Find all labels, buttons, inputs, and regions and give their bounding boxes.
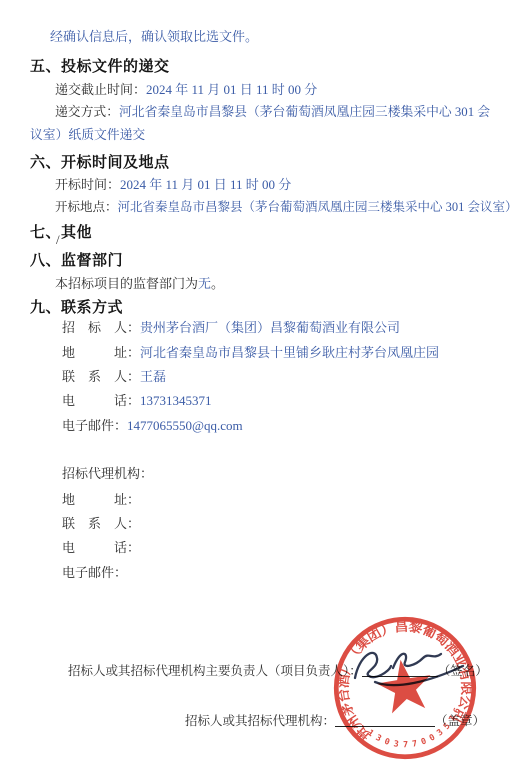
method-line: 递交方式：河北省秦皇岛市昌黎县（茅台葡萄酒凤凰庄园三楼集采中心 301 会议室）… <box>30 101 502 147</box>
open-place-line: 开标地点：河北省秦皇岛市昌黎县（茅台葡萄酒凤凰庄园三楼集采中心 301 会议室） <box>55 199 518 215</box>
agency-row: 招标代理机构： <box>62 466 153 482</box>
phone-label: 电 话： <box>62 393 140 408</box>
agency-row: 电 话： <box>62 540 140 556</box>
tenderer-row: 电 话：13731345371 <box>62 393 212 409</box>
handwritten-signature <box>345 638 475 700</box>
agency-row: 电子邮件： <box>62 565 127 581</box>
tenderer-label: 招 标 人： <box>62 320 140 335</box>
tenderer-row: 招 标 人：贵州茅台酒厂（集团）昌黎葡萄酒业有限公司 <box>62 320 400 336</box>
method-label: 递交方式： <box>55 105 119 119</box>
section5-heading: 五、投标文件的递交 <box>30 55 170 76</box>
tender-document-page: 经确认信息后，确认领取比选文件。 五、投标文件的递交 递交截止时间：2024 年… <box>0 0 523 782</box>
deadline-label: 递交截止时间： <box>55 82 146 97</box>
agency-row: 地 址： <box>62 492 140 508</box>
tenderer-row: 联 系 人：王磊 <box>62 369 166 385</box>
open-place-label: 开标地点： <box>55 200 118 214</box>
open-time-line: 开标时间：2024 年 11 月 01 日 11 时 00 分 <box>55 177 291 193</box>
contact-person-value: 王磊 <box>140 369 166 384</box>
supervision-suffix: 。 <box>211 276 224 291</box>
supervision-value: 无 <box>198 276 211 291</box>
confirm-note: 经确认信息后，确认领取比选文件。 <box>50 29 258 45</box>
address-label: 地 址： <box>62 345 140 360</box>
section7-heading: 七、其他 <box>30 221 92 242</box>
agency-person-label: 联 系 人： <box>62 516 140 531</box>
deadline-line: 递交截止时间：2024 年 11 月 01 日 11 时 00 分 <box>55 82 317 98</box>
supervision-line: 本招标项目的监督部门为无。 <box>55 276 224 292</box>
phone-value: 13731345371 <box>140 393 212 408</box>
address-value: 河北省秦皇岛市昌黎县十里铺乡耿庄村茅台凤凰庄园 <box>140 345 439 360</box>
email-label: 电子邮件： <box>62 418 127 433</box>
agency-row: 联 系 人： <box>62 516 140 532</box>
signature-line2-label: 招标人或其招标代理机构： <box>185 714 335 728</box>
agency-label: 招标代理机构： <box>62 466 153 481</box>
tenderer-row: 电子邮件：1477065550@qq.com <box>62 418 243 434</box>
tenderer-row: 地 址：河北省秦皇岛市昌黎县十里铺乡耿庄村茅台凤凰庄园 <box>62 345 439 361</box>
section8-heading: 八、监督部门 <box>30 249 123 270</box>
open-time-value: 2024 年 11 月 01 日 11 时 00 分 <box>120 177 291 192</box>
contact-person-label: 联 系 人： <box>62 369 140 384</box>
agency-phone-label: 电 话： <box>62 540 140 555</box>
agency-address-label: 地 址： <box>62 492 140 507</box>
open-time-label: 开标时间： <box>55 177 120 192</box>
deadline-value: 2024 年 11 月 01 日 11 时 00 分 <box>146 82 317 97</box>
email-value: 1477065550@qq.com <box>127 418 243 433</box>
supervision-prefix: 本招标项目的监督部门为 <box>55 276 198 291</box>
open-place-value: 河北省秦皇岛市昌黎县（茅台葡萄酒凤凰庄园三楼集采中心 301 会议室） <box>118 200 518 214</box>
section9-heading: 九、联系方式 <box>30 296 123 317</box>
tenderer-value: 贵州茅台酒厂（集团）昌黎葡萄酒业有限公司 <box>140 320 400 335</box>
section7-content: / <box>56 232 60 248</box>
signature-line1-label: 招标人或其招标代理机构主要负责人（项目负责人）： <box>68 664 362 678</box>
section6-heading: 六、开标时间及地点 <box>30 151 170 172</box>
agency-email-label: 电子邮件： <box>62 565 127 580</box>
